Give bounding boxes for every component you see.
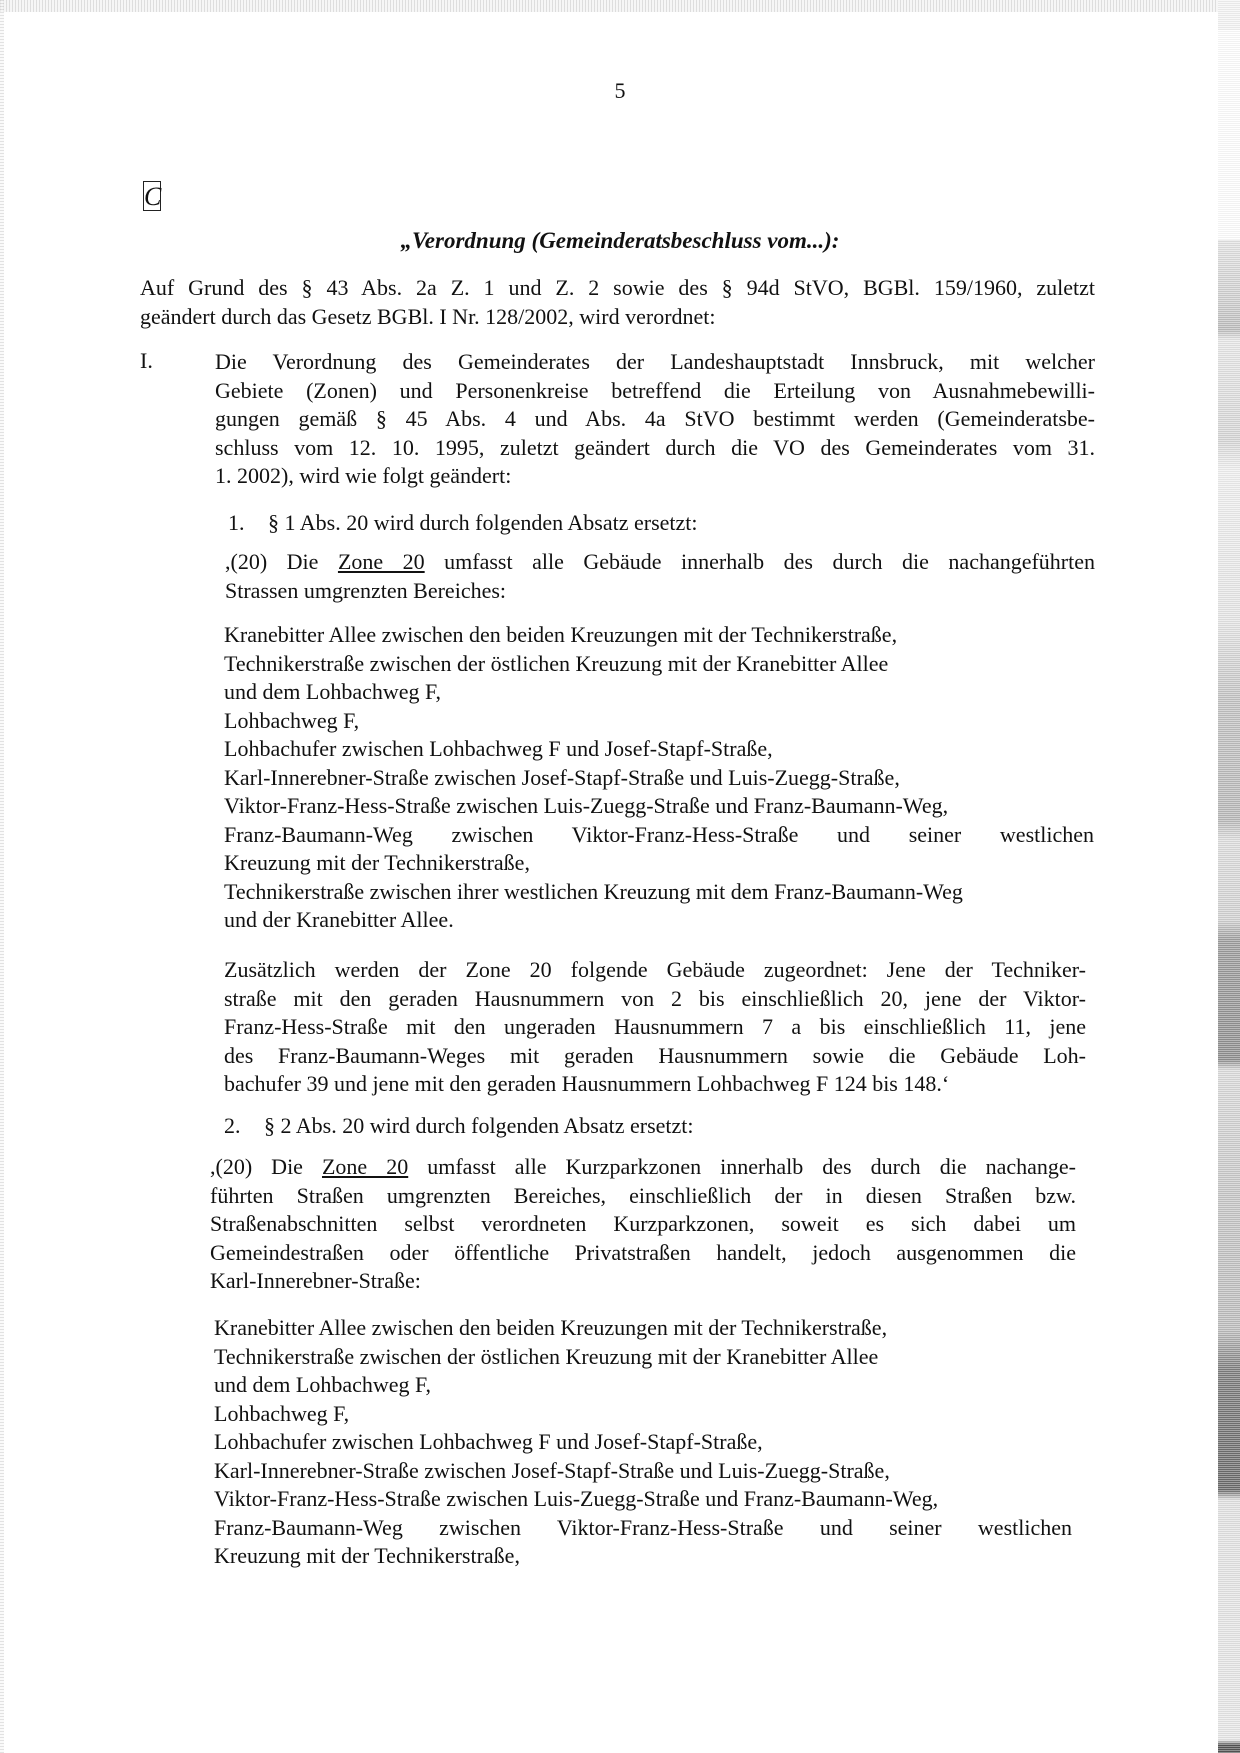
street-line: Kranebitter Allee zwischen den beiden Kr…	[214, 1314, 1072, 1343]
item-1-lead: ,(20) Die Zone 20 umfasst alle Gebäude i…	[225, 548, 1095, 605]
text-line: Auf Grund des § 43 Abs. 2a Z. 1 und Z. 2…	[140, 274, 1095, 303]
item-1-additional: Zusätzlich werden der Zone 20 folgende G…	[224, 956, 1086, 1099]
text-line: 1. 2002), wird wie folgt geändert:	[215, 462, 1095, 491]
street-line: und dem Lohbachweg F,	[214, 1371, 1072, 1400]
street-line: und dem Lohbachweg F,	[224, 678, 1094, 707]
text-line: Karl-Innerebner-Straße:	[210, 1267, 1076, 1296]
street-line: Karl-Innerebner-Straße zwischen Josef-St…	[214, 1457, 1072, 1486]
street-line: Lohbachufer zwischen Lohbachweg F und Jo…	[214, 1428, 1072, 1457]
lead-suffix: umfasst alle Kurzparkzonen innerhalb des…	[408, 1154, 1076, 1179]
street-line: Lohbachufer zwischen Lohbachweg F und Jo…	[224, 735, 1094, 764]
street-line: Franz-Baumann-Weg zwischen Viktor-Franz-…	[224, 821, 1094, 850]
lead-prefix: ,(20) Die	[225, 549, 338, 574]
street-line: Viktor-Franz-Hess-Straße zwischen Luis-Z…	[214, 1485, 1072, 1514]
street-line: Technikerstraße zwischen ihrer westliche…	[224, 878, 1094, 907]
street-line: Technikerstraße zwischen der östlichen K…	[224, 650, 1094, 679]
text-line: des Franz-Baumann-Weges mit geraden Haus…	[224, 1042, 1086, 1071]
page-number: 5	[0, 78, 1240, 104]
item-heading-text: § 2 Abs. 20 wird durch folgenden Absatz …	[264, 1113, 694, 1138]
text-line: Zusätzlich werden der Zone 20 folgende G…	[224, 956, 1086, 985]
lead-prefix: ,(20) Die	[210, 1154, 322, 1179]
text-line: führten Straßen umgrenzten Bereiches, ei…	[210, 1182, 1076, 1211]
text-line: gungen gemäß § 45 Abs. 4 und Abs. 4a StV…	[215, 405, 1095, 434]
item-2-streets: Kranebitter Allee zwischen den beiden Kr…	[214, 1314, 1072, 1571]
street-line: Kreuzung mit der Technikerstraße,	[214, 1542, 1072, 1571]
text-line: ,(20) Die Zone 20 umfasst alle Gebäude i…	[225, 548, 1095, 577]
text-line: ,(20) Die Zone 20 umfasst alle Kurzparkz…	[210, 1153, 1076, 1182]
street-line: Kreuzung mit der Technikerstraße,	[224, 849, 1094, 878]
item-1-heading: 1.§ 1 Abs. 20 wird durch folgenden Absat…	[228, 510, 698, 536]
street-line: Viktor-Franz-Hess-Straße zwischen Luis-Z…	[224, 792, 1094, 821]
text-line: Straßenabschnitten selbst verordneten Ku…	[210, 1210, 1076, 1239]
item-number: 1.	[228, 510, 268, 536]
section-marker: I.	[140, 348, 153, 374]
item-number: 2.	[224, 1113, 264, 1139]
lead-suffix: umfasst alle Gebäude innerhalb des durch…	[425, 549, 1095, 574]
street-line: Franz-Baumann-Weg zwischen Viktor-Franz-…	[214, 1514, 1072, 1543]
scan-edge-top	[0, 0, 1240, 12]
scan-edge-left	[0, 0, 4, 1753]
text-line: Strassen umgrenzten Bereiches:	[225, 577, 1095, 606]
section-I-paragraph: Die Verordnung des Gemeinderates der Lan…	[215, 348, 1095, 491]
text-line: Franz-Hess-Straße mit den ungeraden Haus…	[224, 1013, 1086, 1042]
stamp-mark: C	[143, 181, 161, 211]
street-line: Kranebitter Allee zwischen den beiden Kr…	[224, 621, 1094, 650]
street-line: Lohbachweg F,	[214, 1400, 1072, 1429]
text-line: Gemeindestraßen oder öffentliche Privats…	[210, 1239, 1076, 1268]
text-line: straße mit den geraden Hausnummern von 2…	[224, 985, 1086, 1014]
document-title: „Verordnung (Gemeinderatsbeschluss vom..…	[0, 228, 1240, 254]
street-line: Karl-Innerebner-Straße zwischen Josef-St…	[224, 764, 1094, 793]
street-line: Lohbachweg F,	[224, 707, 1094, 736]
item-2-lead: ,(20) Die Zone 20 umfasst alle Kurzparkz…	[210, 1153, 1076, 1296]
text-line: Gebiete (Zonen) und Personenkreise betre…	[215, 377, 1095, 406]
item-1-streets: Kranebitter Allee zwischen den beiden Kr…	[224, 621, 1094, 935]
street-line: und der Kranebitter Allee.	[224, 906, 1094, 935]
zone-20-link: Zone 20	[338, 549, 425, 574]
text-line: Die Verordnung des Gemeinderates der Lan…	[215, 348, 1095, 377]
item-2-heading: 2.§ 2 Abs. 20 wird durch folgenden Absat…	[224, 1113, 694, 1139]
text-line: bachufer 39 und jene mit den geraden Hau…	[224, 1070, 1086, 1099]
street-line: Technikerstraße zwischen der östlichen K…	[214, 1343, 1072, 1372]
text-line: schluss vom 12. 10. 1995, zuletzt geände…	[215, 434, 1095, 463]
scan-edge-right	[1218, 0, 1240, 1753]
text-line: geändert durch das Gesetz BGBl. I Nr. 12…	[140, 303, 1095, 332]
item-heading-text: § 1 Abs. 20 wird durch folgenden Absatz …	[268, 510, 698, 535]
zone-20-link: Zone 20	[322, 1154, 408, 1179]
intro-paragraph: Auf Grund des § 43 Abs. 2a Z. 1 und Z. 2…	[140, 274, 1095, 331]
